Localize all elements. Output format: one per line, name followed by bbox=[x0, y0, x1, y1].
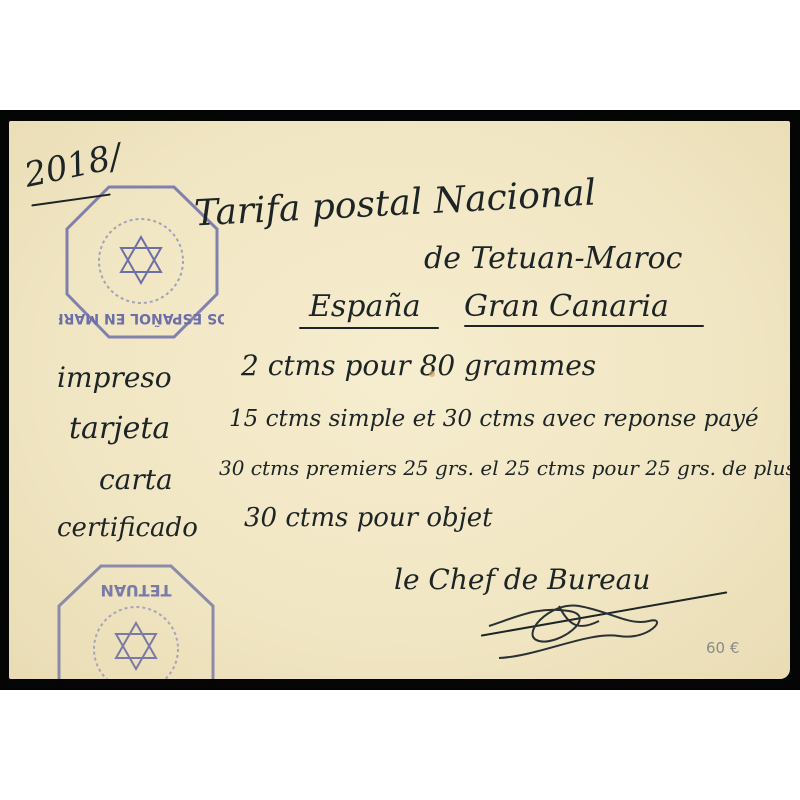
underline-gran-canaria bbox=[464, 325, 704, 327]
signature-scribble bbox=[479, 586, 679, 666]
svg-text:CORREOS ESPAÑOL EN MARRUECOS: CORREOS ESPAÑOL EN MARRUECOS bbox=[59, 310, 224, 327]
postal-card: CORREOS ESPAÑOL EN MARRUECOS TETUAN 2018… bbox=[9, 121, 790, 679]
rate-text-impreso: 2 ctms pour 80 grammes bbox=[241, 349, 596, 382]
octagon-stamp-icon: TETUAN bbox=[51, 561, 221, 679]
title-line-3a: España bbox=[309, 289, 421, 324]
rate-category-certificado: certificado bbox=[57, 513, 198, 543]
underline-espana bbox=[299, 327, 439, 329]
rate-category-tarjeta: tarjeta bbox=[69, 411, 170, 446]
postmark-tetuan: TETUAN bbox=[51, 561, 221, 679]
svg-text:TETUAN: TETUAN bbox=[100, 581, 171, 600]
pencil-price: 60 € bbox=[706, 639, 739, 657]
title-line-1: Tarifa postal Nacional bbox=[193, 173, 597, 235]
title-line-3b: Gran Canaria bbox=[464, 289, 669, 324]
rate-category-carta: carta bbox=[99, 463, 173, 496]
rate-category-impreso: impreso bbox=[57, 361, 172, 394]
rate-text-certificado: 30 ctms pour objet bbox=[244, 503, 493, 533]
rate-text-tarjeta: 15 ctms simple et 30 ctms avec reponse p… bbox=[229, 406, 759, 432]
stain-dot bbox=[429, 371, 435, 377]
title-line-2: de Tetuan-Maroc bbox=[424, 241, 682, 276]
rate-text-carta: 30 ctms premiers 25 grs. el 25 ctms pour… bbox=[219, 456, 790, 480]
